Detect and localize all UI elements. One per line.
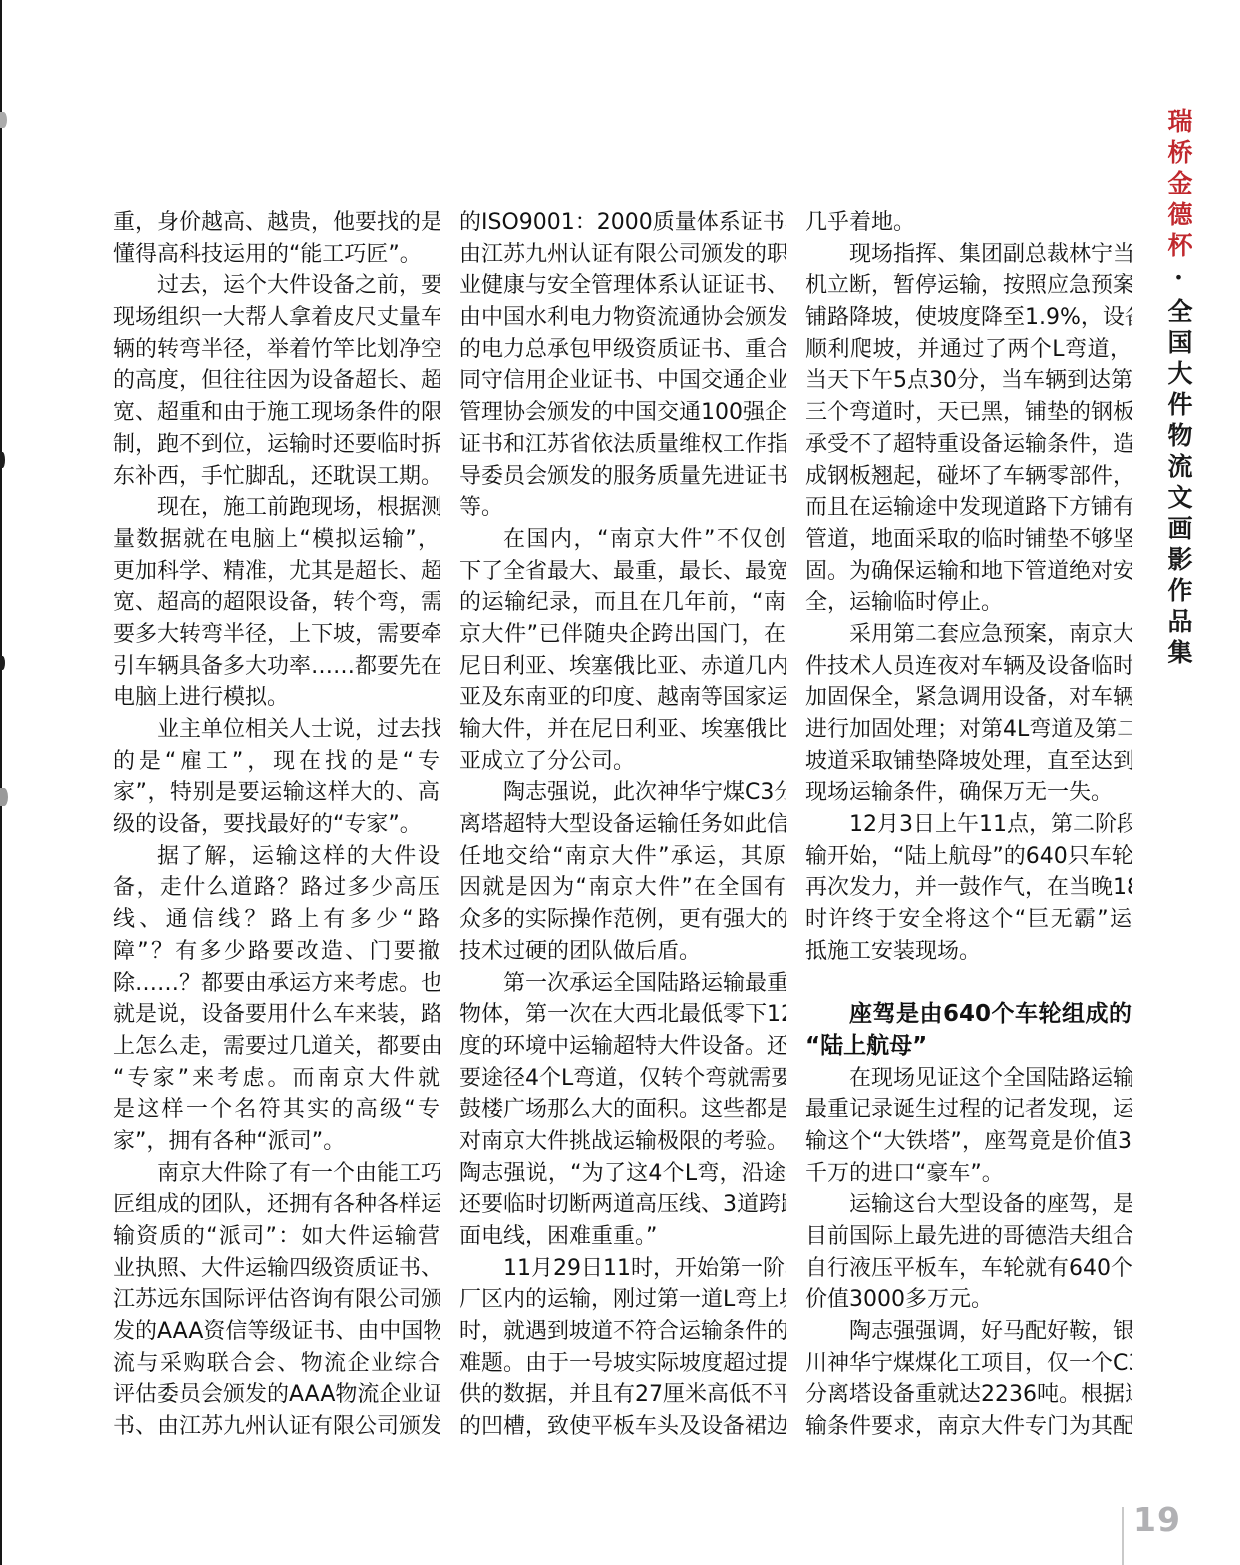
body-text-line: 任地交给“南京大件”承运，其原 (459, 841, 786, 873)
body-text-line: 11月29日11时，开始第一阶段 (459, 1253, 786, 1285)
magazine-page: 重，身价越高、越贵，他要找的是懂得高科技运用的“能工巧匠”。过去，运个大件设备之… (0, 0, 1240, 1565)
scan-artifact (0, 656, 5, 670)
body-text-line: 同守信用企业证书、中国交通企业 (459, 365, 786, 397)
body-text-line: 物体，第一次在大西北最低零下12 (459, 999, 786, 1031)
body-text-line: 供的数据，并且有27厘米高低不平 (459, 1379, 786, 1411)
body-text-line: 下了全省最大、最重，最长、最宽 (459, 556, 786, 588)
section-heading-line: 座驾是由640个车轮组成的 (805, 999, 1132, 1031)
body-text-line: 几乎着地。 (805, 207, 1132, 239)
body-text-line: 江苏远东国际评估咨询有限公司颁 (113, 1284, 440, 1316)
body-text-line: 引车辆具备多大功率……都要先在 (113, 651, 440, 683)
body-text-line: 厂区内的运输，刚过第一道L弯上坡 (459, 1284, 786, 1316)
body-text-line: 是这样一个名符其实的高级“专 (113, 1094, 440, 1126)
body-text-line: 分离塔设备重就达2236吨。根据运 (805, 1379, 1132, 1411)
body-text-line: 现场组织一大帮人拿着皮尺丈量车 (113, 302, 440, 334)
body-text-line: 量数据就在电脑上“模拟运输”， (113, 524, 440, 556)
article-column-2: 的ISO9001：2000质量体系证书、由江苏九州认证有限公司颁发的职业健康与安… (459, 207, 786, 1443)
body-text-line: 因就是因为“南京大件”在全国有 (459, 872, 786, 904)
body-text-line: 的凹槽，致使平板车头及设备裙边 (459, 1411, 786, 1443)
body-text-line: 当天下午5点30分，当车辆到达第 (805, 365, 1132, 397)
body-text-line: 过去，运个大件设备之前，要到 (113, 270, 440, 302)
scan-artifact (0, 452, 5, 468)
body-text-line: 件技术人员连夜对车辆及设备临时 (805, 651, 1132, 683)
scan-artifact (0, 112, 7, 128)
scan-artifact-edge-line (0, 0, 2, 1565)
body-text-line: 技术过硬的团队做后盾。 (459, 936, 786, 968)
body-text-line: 现场指挥、集团副总裁林宁当 (805, 239, 1132, 271)
body-text-line: 重，身价越高、越贵，他要找的是 (113, 207, 440, 239)
body-text-line: 除……？都要由承运方来考虑。也 (113, 968, 440, 1000)
body-text-line: 坡道采取铺垫降坡处理，直至达到 (805, 746, 1132, 778)
body-text-line: 输资质的“派司”：如大件运输营 (113, 1221, 440, 1253)
body-text-line: 成钢板翘起，碰坏了车辆零部件， (805, 461, 1132, 493)
body-text-line: 价值3000多万元。 (805, 1284, 1132, 1316)
body-text-line: 证书和江苏省依法质量维权工作指 (459, 429, 786, 461)
body-text-line: 亚成立了分公司。 (459, 746, 786, 778)
body-text-line: 固。为确保运输和地下管道绝对安 (805, 556, 1132, 588)
body-text-line: 目前国际上最先进的哥德浩夫组合 (805, 1221, 1132, 1253)
body-text-line: 流与采购联合会、物流企业综合 (113, 1348, 440, 1380)
body-text-line: 上怎么走，需要过几道关，都要由 (113, 1031, 440, 1063)
body-text-line: 运输这台大型设备的座驾，是 (805, 1189, 1132, 1221)
body-text-line: 最重记录诞生过程的记者发现，运 (805, 1094, 1132, 1126)
edition-title-red-part: 瑞桥金德杯 (1164, 108, 1193, 263)
body-text-line: “专家”来考虑。而南京大件就 (113, 1063, 440, 1095)
body-text-line: 家”，拥有各种“派司”。 (113, 1126, 440, 1158)
body-text-line: 尼日利亚、埃塞俄比亚、赤道几内 (459, 651, 786, 683)
body-text-line: 对南京大件挑战运输极限的考验。 (459, 1126, 786, 1158)
body-text-line: 导委员会颁发的服务质量先进证书 (459, 461, 786, 493)
body-text-line: 电脑上进行模拟。 (113, 682, 440, 714)
body-text-line: 匠组成的团队，还拥有各种各样运 (113, 1189, 440, 1221)
body-text-line: 辆的转弯半径，举着竹竿比划净空 (113, 334, 440, 366)
edition-title-separator: · (1164, 263, 1193, 298)
body-text-line: 宽、超重和由于施工现场条件的限 (113, 397, 440, 429)
body-text-line: 南京大件除了有一个由能工巧 (113, 1158, 440, 1190)
body-text-line: 而且在运输途中发现道路下方铺有 (805, 492, 1132, 524)
body-text-line: 家”，特别是要运输这样大的、高 (113, 777, 440, 809)
body-text-line: 业主单位相关人士说，过去找 (113, 714, 440, 746)
scan-artifact (0, 788, 8, 806)
body-text-line: 抵施工安装现场。 (805, 936, 1132, 968)
body-text-line: 京大件”已伴随央企跨出国门，在 (459, 619, 786, 651)
body-text-line: 陶志强强调，好马配好鞍，银 (805, 1316, 1132, 1348)
body-text-line: 级的设备，要找最好的“专家”。 (113, 809, 440, 841)
body-text-line: 输大件，并在尼日利亚、埃塞俄比 (459, 714, 786, 746)
body-text-line: 在国内，“南京大件”不仅创 (459, 524, 786, 556)
body-text-line: 书、由江苏九州认证有限公司颁发 (113, 1411, 440, 1443)
body-text-line: 机立断，暂停运输，按照应急预案 (805, 270, 1132, 302)
body-text-line: 时许终于安全将这个“巨无霸”运 (805, 904, 1132, 936)
page-number: 19 (1133, 1500, 1181, 1539)
body-text-line: 输开始，“陆上航母”的640只车轮 (805, 841, 1132, 873)
body-text-line: 川神华宁煤煤化工项目，仅一个C3 (805, 1348, 1132, 1380)
body-text-line: 千万的进口“豪车”。 (805, 1158, 1132, 1190)
body-text-line: 据了解，运输这样的大件设 (113, 841, 440, 873)
body-text-line: 东补西，手忙脚乱，还耽误工期。 (113, 461, 440, 493)
body-text-line: 鼓楼广场那么大的面积。这些都是 (459, 1094, 786, 1126)
body-text-line: 全，运输临时停止。 (805, 587, 1132, 619)
body-text-line: 发的AAA资信等级证书、由中国物 (113, 1316, 440, 1348)
body-text-line: 业健康与安全管理体系认证证书、 (459, 270, 786, 302)
body-text-line: 的运输纪录，而且在几年前，“南 (459, 587, 786, 619)
body-text-line: 管理协会颁发的中国交通100强企业 (459, 397, 786, 429)
body-text-line: 自行液压平板车，车轮就有640个， (805, 1253, 1132, 1285)
body-text-line: 更加科学、精准，尤其是超长、超 (113, 556, 440, 588)
body-text-line: 面电线，困难重重。” (459, 1221, 786, 1253)
body-text-line: 陶志强说，此次神华宁煤C3分 (459, 777, 786, 809)
article-column-1: 重，身价越高、越贵，他要找的是懂得高科技运用的“能工巧匠”。过去，运个大件设备之… (113, 207, 440, 1443)
body-text-line: 宽、超高的超限设备，转个弯，需 (113, 587, 440, 619)
body-text-line: 等。 (459, 492, 786, 524)
body-text-line: 顺利爬坡，并通过了两个L弯道， (805, 334, 1132, 366)
body-text-line: 时，就遇到坡道不符合运输条件的 (459, 1316, 786, 1348)
body-text-line: 线、通信线？路上有多少“路 (113, 904, 440, 936)
body-text-line: 陶志强说，“为了这4个L弯，沿途 (459, 1158, 786, 1190)
body-text-line: 还要临时切断两道高压线、3道跨路 (459, 1189, 786, 1221)
body-text-line: 亚及东南亚的印度、越南等国家运 (459, 682, 786, 714)
body-text-line: 在现场见证这个全国陆路运输 (805, 1063, 1132, 1095)
body-text-line: 众多的实际操作范例，更有强大的 (459, 904, 786, 936)
body-text-line: 的ISO9001：2000质量体系证书、 (459, 207, 786, 239)
article-column-3: 几乎着地。现场指挥、集团副总裁林宁当机立断，暂停运输，按照应急预案铺路降坡，使坡… (805, 207, 1132, 1443)
body-text-line: 第一次承运全国陆路运输最重 (459, 968, 786, 1000)
body-text-line: 制，跑不到位，运输时还要临时拆 (113, 429, 440, 461)
body-text-line: 离塔超特大型设备运输任务如此信 (459, 809, 786, 841)
body-text-line: 障”？有多少路要改造、门要撤 (113, 936, 440, 968)
body-text-line: 输条件要求，南京大件专门为其配 (805, 1411, 1132, 1443)
body-text-line: 再次发力，并一鼓作气，在当晚18 (805, 872, 1132, 904)
body-text-line: 度的环境中运输超特大件设备。还 (459, 1031, 786, 1063)
body-text-line: 采用第二套应急预案，南京大 (805, 619, 1132, 651)
body-text-line: 承受不了超特重设备运输条件，造 (805, 429, 1132, 461)
body-text-line: 12月3日上午11点，第二阶段运 (805, 809, 1132, 841)
body-text-line: 由中国水利电力物资流通协会颁发 (459, 302, 786, 334)
body-text-line: 管道，地面采取的临时铺垫不够坚 (805, 524, 1132, 556)
body-text-line: 输这个“大铁塔”，座驾竟是价值3 (805, 1126, 1132, 1158)
body-text-line: 的电力总承包甲级资质证书、重合 (459, 334, 786, 366)
body-text-line: 备，走什么道路？路过多少高压 (113, 872, 440, 904)
body-text-line: 由江苏九州认证有限公司颁发的职 (459, 239, 786, 271)
body-text-line: 评估委员会颁发的AAA物流企业证 (113, 1379, 440, 1411)
section-heading-line: “陆上航母” (805, 1031, 1132, 1063)
body-text-line: 业执照、大件运输四级资质证书、 (113, 1253, 440, 1285)
body-text-line: 难题。由于一号坡实际坡度超过提 (459, 1348, 786, 1380)
body-text-line: 要途径4个L弯道，仅转个弯就需要 (459, 1063, 786, 1095)
body-text-line: 现场运输条件，确保万无一失。 (805, 777, 1132, 809)
body-text-line: 就是说，设备要用什么车来装，路 (113, 999, 440, 1031)
page-number-rule (1122, 1507, 1124, 1565)
body-text-line: 三个弯道时，天已黑，铺垫的钢板 (805, 397, 1132, 429)
body-text-line: 的高度，但往往因为设备超长、超 (113, 365, 440, 397)
body-text-line: 的是“雇工”，现在找的是“专 (113, 746, 440, 778)
body-text-line: 要多大转弯半径，上下坡，需要牵 (113, 619, 440, 651)
body-text-line: 懂得高科技运用的“能工巧匠”。 (113, 239, 440, 271)
vertical-edition-title: 瑞桥金德杯·全国大件物流文画影作品集 (1160, 108, 1196, 708)
body-text-line: 铺路降坡，使坡度降至1.9%，设备 (805, 302, 1132, 334)
body-text-line: 加固保全，紧急调用设备，对车辆 (805, 682, 1132, 714)
body-text-line: 进行加固处理；对第4L弯道及第二 (805, 714, 1132, 746)
blank-line (805, 968, 1132, 1000)
edition-title-black-part: 全国大件物流文画影作品集 (1164, 298, 1193, 670)
body-text-line: 现在，施工前跑现场，根据测 (113, 492, 440, 524)
